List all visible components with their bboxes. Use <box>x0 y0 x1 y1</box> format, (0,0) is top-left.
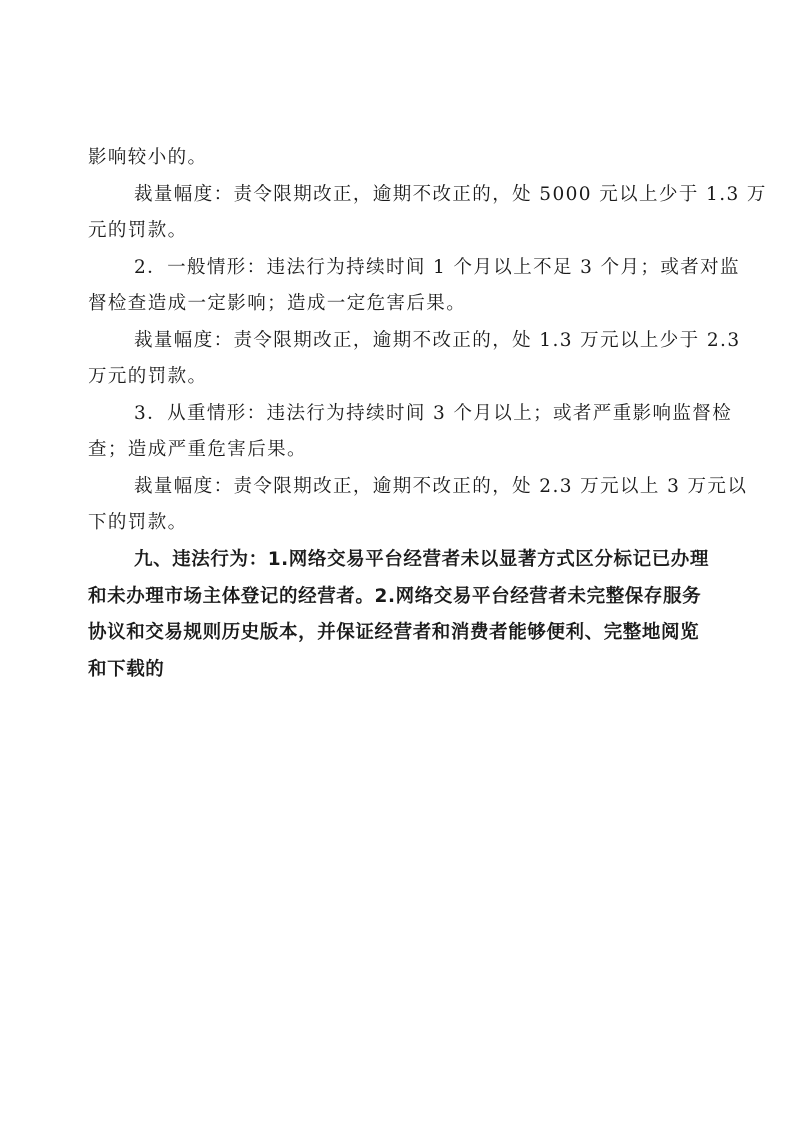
paragraph-line: 下的罚款。 <box>88 511 708 535</box>
paragraph-line: 2．一般情形：违法行为持续时间 1 个月以上不足 3 个月；或者对监 <box>134 256 708 280</box>
paragraph-line: 万元的罚款。 <box>88 365 708 389</box>
document-page: 影响较小的。 裁量幅度：责令限期改正，逾期不改正的，处 5000 元以上少于 1… <box>0 0 793 1122</box>
section-heading-line: 协议和交易规则历史版本，并保证经营者和消费者能够便利、完整地阅览 <box>88 621 708 645</box>
paragraph-line: 裁量幅度：责令限期改正，逾期不改正的，处 2.3 万元以上 3 万元以 <box>134 475 708 499</box>
paragraph-line: 查；造成严重危害后果。 <box>88 438 708 462</box>
paragraph-line: 督检查造成一定影响；造成一定危害后果。 <box>88 292 708 316</box>
section-heading-line: 和下载的 <box>88 658 708 682</box>
paragraph-line: 影响较小的。 <box>88 146 708 170</box>
paragraph-line: 裁量幅度：责令限期改正，逾期不改正的，处 5000 元以上少于 1.3 万 <box>134 183 708 207</box>
section-heading-line: 九、违法行为：1.网络交易平台经营者未以显著方式区分标记已办理 <box>134 548 708 572</box>
paragraph-line: 元的罚款。 <box>88 219 708 243</box>
paragraph-line: 3．从重情形：违法行为持续时间 3 个月以上；或者严重影响监督检 <box>134 402 708 426</box>
paragraph-line: 裁量幅度：责令限期改正，逾期不改正的，处 1.3 万元以上少于 2.3 <box>134 329 708 353</box>
section-heading-line: 和未办理市场主体登记的经营者。2.网络交易平台经营者未完整保存服务 <box>88 585 708 609</box>
